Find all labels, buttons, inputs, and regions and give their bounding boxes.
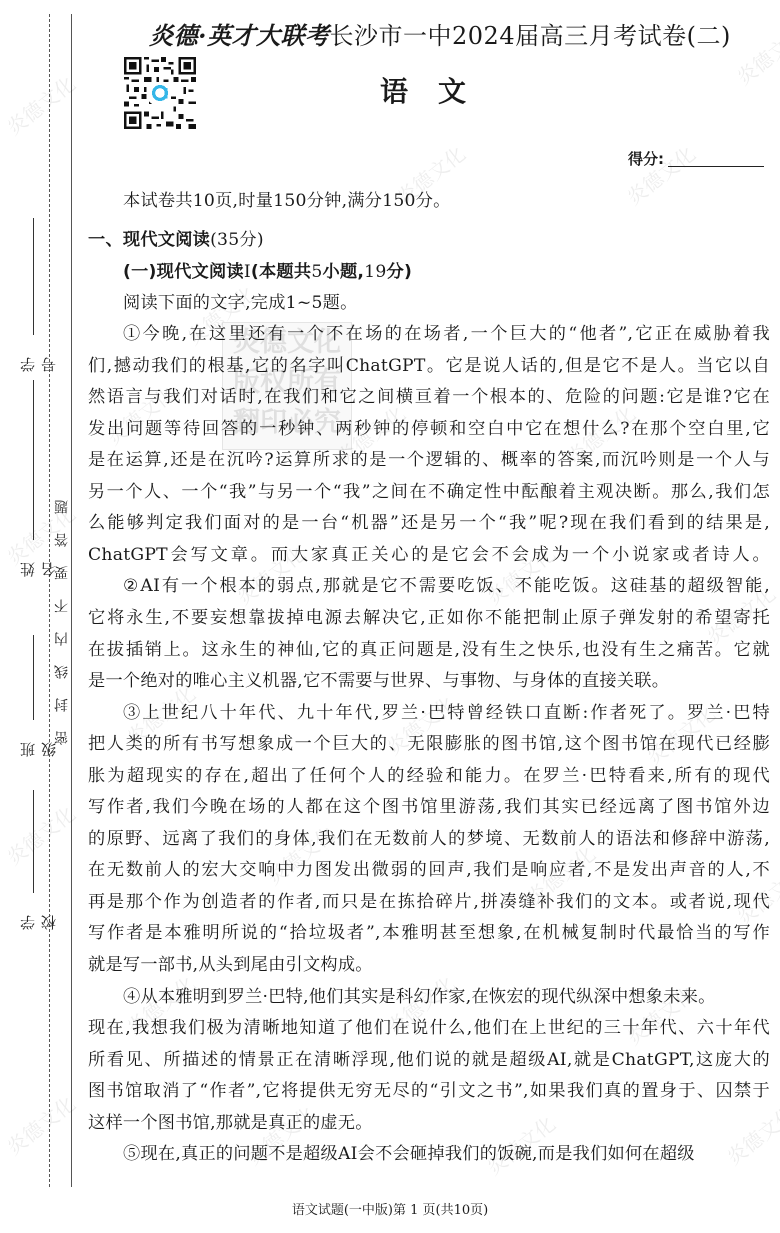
watermark-text: 炎德文化 <box>0 1088 80 1160</box>
passage-line: ④从本雅明到罗兰·巴特,他们其实是科幻作家,在恢宏的现代纵深中想象未来。 <box>123 983 770 1011</box>
passage-line: 然语言与我们对话时,在我们和它之间横亘着一个根本的、危险的问题:它是谁?它在 <box>88 383 770 411</box>
exam-title: 炎德·英才大联考长沙市一中2024届高三月考试卷(二) <box>100 16 780 51</box>
field-underline[interactable] <box>33 380 34 540</box>
subsection-points: 19 <box>364 262 386 282</box>
score-field[interactable] <box>668 166 764 167</box>
seal-dashed-line <box>49 14 50 1187</box>
passage-line: 把人类的所有书写想象成一个巨大的、无限膨胀的图书馆,这个图书馆在现代已经膨 <box>88 730 770 758</box>
qr-code-icon[interactable] <box>124 57 196 129</box>
passage-line: 另一个人、一个“我”与另一个“我”之间在不确定性中酝酿着主观决断。那么,我们怎 <box>88 478 770 506</box>
passage-line: ⑤现在,真正的问题不是超级AI会不会砸掉我们的饭碗,而是我们如何在超级 <box>123 1140 770 1168</box>
passage-line: 胀为超现实的存在,超出了任何个人的经验和能力。在罗兰·巴特看来,所有的现代 <box>88 762 770 790</box>
passage-line: 它将永生,不要妄想靠拔掉电源去解决它,正如你不能把制止原子弹发射的希望寄托 <box>88 604 770 632</box>
subsection-text: 小题, <box>323 262 365 282</box>
passage-line: ③上世纪八十年代、九十年代,罗兰·巴特曾经铁口直断:作者死了。罗兰·巴特 <box>123 699 770 727</box>
exam-brand: 炎德·英才大联考 <box>149 21 329 50</box>
section-heading-title: 一、现代文阅读 <box>88 230 210 250</box>
page-footer: 语文试题(一中版)第 1 页(共10页) <box>0 1199 780 1218</box>
passage-line: 所看见、所描述的情景正在清晰浮现,他们说的就是超级AI,就是ChatGPT,这庞… <box>88 1046 770 1074</box>
passage-line: 么能够判定我们面对的是一台“机器”还是另一个“我”呢?现在我们看到的结果是, <box>88 509 770 537</box>
field-label: 班级 <box>17 722 49 766</box>
section-heading-points: (35分) <box>210 230 264 250</box>
passage-line: 是在运算,还是在沉吟?运算所求的是一个逻辑的、概率的答案,而沉吟则是一个人与 <box>88 446 770 474</box>
field-label: 学号 <box>17 337 49 381</box>
section-heading: 一、现代文阅读(35分) <box>88 226 770 254</box>
passage-line: 的原野、远离了我们的身体,我们在无数前人的梦境、无数前人的语法和修辞中游荡, <box>88 825 770 853</box>
subsection-count: 5 <box>311 262 322 282</box>
subject-title: 语文 <box>380 70 496 110</box>
field-label: 学校 <box>17 895 49 939</box>
passage-line: 再是那个作为创造者的作者,而只是在拣拾碎片,拼凑缝补我们的文本。或者说,现代 <box>88 888 770 916</box>
exam-instructions: 本试卷共10页,时量150分钟,满分150分。 <box>123 187 780 215</box>
passage-line: 就是写一部书,从头到尾由引文构成。 <box>88 951 770 979</box>
exam-title-text: 长沙市一中2024届高三月考试卷(二) <box>330 22 731 50</box>
passage-line: 写作者是本雅明所说的“拾垃圾者”,本雅明甚至想象,在机械复制时代最恰当的写作 <box>88 919 770 947</box>
passage-line: 写作者,我们今晚在场的人都在这个图书馆里游荡,我们其实已经远离了图书馆外边 <box>88 793 770 821</box>
passage-line: 是一个绝对的唯心主义机器,它不需要与世界、与事物、与身体的直接关联。 <box>88 667 770 695</box>
watermark-text: 炎德文化 <box>0 68 80 140</box>
subsection-text: 分) <box>387 262 413 282</box>
field-underline[interactable] <box>33 218 34 335</box>
passage-line: ChatGPT会写文章。而大家真正关心的是它会不会成为一个小说家或者诗人。 <box>88 541 770 569</box>
passage-line: 在拔插销上。这永生的神仙,它的真正问题是,没有生之快乐,也没有生之痛苦。它就 <box>88 636 770 664</box>
passage-line: 这样一个图书馆,那就是真正的虚无。 <box>88 1109 770 1137</box>
passage-line: ①今晚,在这里还有一个不在场的在场者,一个巨大的“他者”,它正在威胁着我 <box>123 320 770 348</box>
passage-line: ②AI有一个根本的弱点,那就是它不需要吃饭、不能吃饭。这硅基的超级智能, <box>123 572 770 600</box>
watermark-text: 炎德文化 <box>0 798 80 870</box>
field-label: 姓名 <box>17 542 49 586</box>
passage-line: 现在,我想我们极为清晰地知道了他们在说什么,他们在上世纪的三十年代、六十年代 <box>88 1014 770 1042</box>
passage-line: 们,撼动我们的根基,它的名字叫ChatGPT。它是说人话的,但是它不是人。当它以… <box>88 352 770 380</box>
passage-line: 发出问题等待回答的一秒钟、两秒钟的停顿和空白中它在想什么?在那个空白里,它 <box>88 415 770 443</box>
passage-line: 图书馆取消了“作者”,它将提供无穷无尽的“引文之书”,如果我们真的置身于、囚禁于 <box>88 1077 770 1105</box>
seal-notice: 密封线内不要答题 <box>52 425 70 745</box>
passage-line: 在无数前人的宏大交响中力图发出微弱的回声,我们是响应者,不是发出声音的人,不 <box>88 856 770 884</box>
score-label: 得分: <box>628 148 664 169</box>
reading-prompt: 阅读下面的文字,完成1~5题。 <box>123 289 770 317</box>
field-underline[interactable] <box>33 790 34 893</box>
subsection-text: (本题共 <box>251 262 311 282</box>
subsection-heading: (一)现代文阅读Ⅰ(本题共5小题,19分) <box>123 258 770 286</box>
subsection-numeral: Ⅰ <box>244 262 251 282</box>
subsection-title: (一)现代文阅读 <box>123 262 244 282</box>
field-underline[interactable] <box>33 635 34 720</box>
